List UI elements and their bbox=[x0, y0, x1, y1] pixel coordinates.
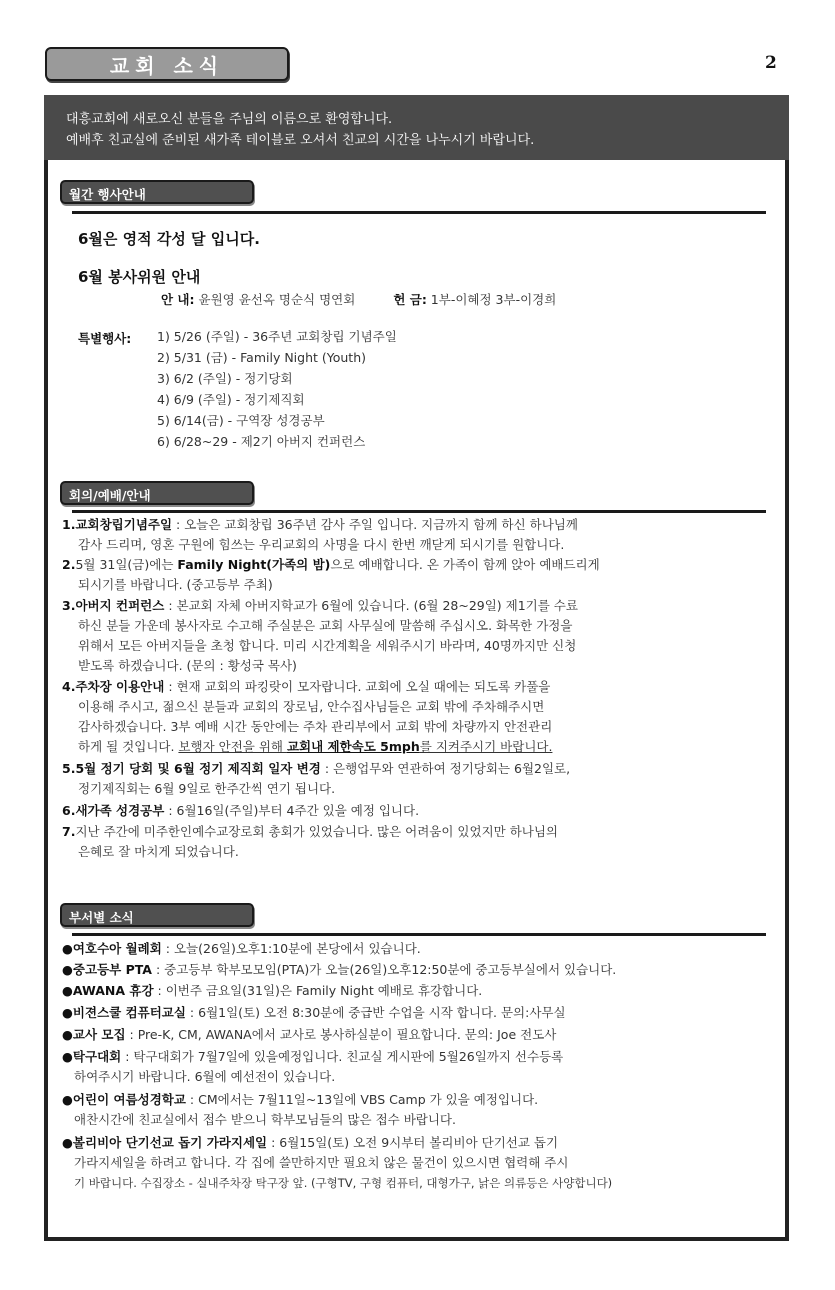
notice-line: 받도록 하겠습니다. (문의 : 황성국 목사) bbox=[78, 656, 297, 675]
bullet-icon: ● bbox=[62, 962, 73, 977]
section-divider bbox=[72, 510, 766, 513]
dept-item: ●중고등부 PTA : 중고등부 학부모모임(PTA)가 오늘(26일)오후12… bbox=[62, 960, 616, 979]
dept-line: 하여주시기 바랍니다. 6월에 예선전이 있습니다. bbox=[74, 1067, 335, 1086]
usher-names: 윤원영 윤선옥 명순식 명연회 bbox=[195, 292, 356, 307]
notice-item-4: 4.주차장 이용안내 : 현재 교회의 파킹랏이 모자랍니다. 교회에 오실 때… bbox=[62, 677, 550, 696]
section-heading-departments: 부서별 소식 bbox=[60, 903, 254, 927]
section-divider bbox=[72, 211, 766, 214]
dept-item: ●교사 모집 : Pre-K, CM, AWANA에서 교사로 봉사하실분이 필… bbox=[62, 1025, 556, 1044]
notice-line: 감사 드리며, 영혼 구원에 힘쓰는 우리교회의 사명을 다시 한번 깨닫게 되… bbox=[78, 535, 564, 554]
page-title-pill: 교회 소식 bbox=[45, 47, 289, 81]
bullet-icon: ● bbox=[62, 1005, 73, 1020]
dept-item: ●여호수아 월례회 : 오늘(26일)오후1:10분에 본당에서 있습니다. bbox=[62, 939, 421, 958]
notice-line: 위해서 모든 아버지들을 초청 합니다. 미리 시간계획을 세워주시기 바라며,… bbox=[78, 636, 576, 655]
notice-line: 하게 될 것입니다. 보행자 안전을 위해 교회내 제한속도 5mph를 지켜주… bbox=[78, 737, 552, 756]
event-item: 2) 5/31 (금) - Family Night (Youth) bbox=[157, 348, 366, 367]
notice-item-6: 6.새가족 성경공부 : 6월16일(주일)부터 4주간 있을 예정 입니다. bbox=[62, 801, 419, 820]
volunteers-line: 안 내: 윤원영 윤선옥 명순식 명연회헌 금: 1부-이혜정 3부-이경희 bbox=[161, 290, 556, 308]
event-item: 6) 6/28~29 - 제2기 아버지 컨퍼런스 bbox=[157, 432, 365, 451]
volunteers-title: 6월 봉사위원 안내 bbox=[78, 266, 200, 287]
section-heading-monthly: 월간 행사안내 bbox=[60, 180, 254, 204]
notice-line: 되시기를 바랍니다. (중고등부 주최) bbox=[78, 575, 273, 594]
notice-item-1: 1.교회창립기념주일 : 오늘은 교회창립 36주년 감사 주일 입니다. 지금… bbox=[62, 515, 578, 534]
event-item: 5) 6/14(금) - 구역장 성경공부 bbox=[157, 411, 325, 430]
dept-item: ●어린이 여름성경학교 : CM에서는 7월11일~13일에 VBS Camp … bbox=[62, 1090, 538, 1109]
event-item: 3) 6/2 (주일) - 정기당회 bbox=[157, 369, 293, 388]
event-item: 1) 5/26 (주일) - 36주년 교회창립 기념주일 bbox=[157, 327, 397, 346]
bullet-icon: ● bbox=[62, 1135, 73, 1150]
notice-title: 5월 정기 당회 및 6월 정기 제직회 일자 변경 bbox=[75, 761, 320, 776]
dept-line: 애찬시간에 친교실에서 접수 받으니 학부모님들의 많은 접수 바랍니다. bbox=[74, 1110, 456, 1129]
notice-line: 정기제직회는 6월 9일로 한주간씩 연기 됩니다. bbox=[78, 779, 335, 798]
event-item: 4) 6/9 (주일) - 정기제직회 bbox=[157, 390, 305, 409]
notice-title: 아버지 컨퍼런스 bbox=[75, 598, 164, 613]
notice-line: 감사하겠습니다. 3부 예배 시간 동안에는 주차 관리부에서 교회 밖에 차량… bbox=[78, 717, 552, 736]
welcome-banner: 대흥교회에 새로오신 분들을 주님의 이름으로 환영합니다. 예배후 친교실에 … bbox=[44, 95, 789, 160]
welcome-line-2: 예배후 친교실에 준비된 새가족 테이블로 오셔서 친교의 시간을 나누시기 바… bbox=[66, 130, 789, 151]
notice-item-2: 2.5월 31일(금)에는 Family Night(가족의 밤)으로 예배합니… bbox=[62, 555, 600, 574]
offering-label: 헌 금: bbox=[393, 292, 427, 307]
bullet-icon: ● bbox=[62, 983, 73, 998]
dept-line: 가라지세일을 하려고 합니다. 각 집에 쓸만하지만 필요치 않은 물건이 있으… bbox=[74, 1153, 568, 1172]
dept-item: ●비젼스쿨 컴퓨터교실 : 6월1일(토) 오전 8:30분에 중급반 수업을 … bbox=[62, 1003, 566, 1022]
bullet-icon: ● bbox=[62, 941, 73, 956]
notice-title: 주차장 이용안내 bbox=[75, 679, 164, 694]
bullet-icon: ● bbox=[62, 1049, 73, 1064]
monthly-theme: 6월은 영적 각성 달 입니다. bbox=[78, 228, 260, 249]
usher-label: 안 내: bbox=[161, 292, 195, 307]
notice-line: 하신 분들 가운데 봉사자로 수고해 주실분은 교회 사무실에 말씀해 주십시오… bbox=[78, 616, 572, 635]
dept-item: ●볼리비아 단기선교 돕기 가라지세일 : 6월15일(토) 오전 9시부터 볼… bbox=[62, 1133, 558, 1152]
welcome-line-1: 대흥교회에 새로오신 분들을 주님의 이름으로 환영합니다. bbox=[66, 109, 789, 130]
bullet-icon: ● bbox=[62, 1092, 73, 1107]
notice-item-3: 3.아버지 컨퍼런스 : 본교회 자체 아버지학교가 6월에 있습니다. (6월… bbox=[62, 596, 578, 615]
page-title: 교회 소식 bbox=[110, 50, 224, 79]
notice-title: 교회창립기념주일 bbox=[75, 517, 172, 532]
notice-title: 새가족 성경공부 bbox=[75, 803, 164, 818]
offering-names: 1부-이혜정 3부-이경희 bbox=[427, 292, 556, 307]
page-number: 2 bbox=[765, 53, 777, 73]
notice-title: Family Night(가족의 밤) bbox=[177, 557, 330, 572]
special-events-label: 특별행사: bbox=[78, 329, 131, 347]
bullet-icon: ● bbox=[62, 1027, 73, 1042]
section-heading-meetings: 회의/예배/안내 bbox=[60, 481, 254, 505]
dept-item: ●AWANA 휴강 : 이번주 금요일(31일)은 Family Night 예… bbox=[62, 981, 482, 1000]
notice-line: 은혜로 잘 마치게 되었습니다. bbox=[78, 842, 239, 861]
dept-item: ●탁구대회 : 탁구대회가 7월7일에 있을예정입니다. 친교실 게시판에 5월… bbox=[62, 1047, 563, 1066]
dept-line: 기 바랍니다. 수집장소 - 실내주차장 탁구장 앞. (구형TV, 구형 컴퓨… bbox=[74, 1174, 612, 1193]
section-divider bbox=[72, 933, 766, 936]
notice-item-7: 7.지난 주간에 미주한인예수교장로회 총회가 있었습니다. 많은 어려움이 있… bbox=[62, 822, 558, 841]
notice-line: 이용해 주시고, 젊으신 분들과 교회의 장로님, 안수집사님들은 교회 밖에 … bbox=[78, 697, 544, 716]
notice-item-5: 5.5월 정기 당회 및 6월 정기 제직회 일자 변경 : 은행업무와 연관하… bbox=[62, 759, 570, 778]
speed-limit-notice: 교회내 제한속도 5mph bbox=[287, 739, 420, 754]
